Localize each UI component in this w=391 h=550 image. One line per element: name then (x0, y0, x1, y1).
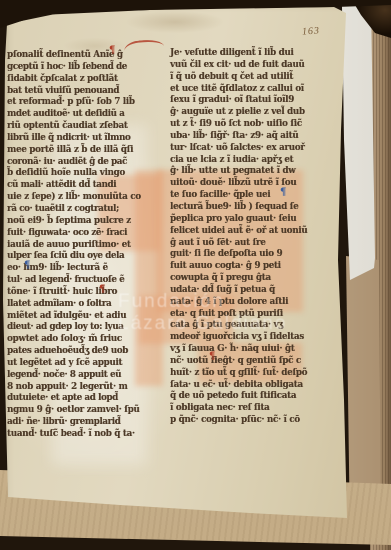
red-paraph-mark-icon: ¶ (99, 285, 105, 295)
red-initial-flourish (123, 38, 164, 57)
manuscript-text-line: tuand̃· tuſc̃ bead̃· ĩ nob q̃ ta· (7, 429, 141, 441)
manuscript-text-line: bat tetũ viuiſũ penouand̃ (7, 86, 141, 98)
manuscript-text-line: dutuiete· et apte ad lopd̃ (7, 393, 141, 405)
blue-paraph-mark-icon: ¶ (24, 261, 30, 271)
manuscript-text-line: huĩt· z tĩo ut̃ q gſilt̃· ſut̃· deſpõ (170, 368, 307, 380)
manuscript-text-line: p̃eplica pro yalo guaut· ſeiu (170, 214, 307, 226)
manuscript-text-line: ngmu 9 ĝ· oetlor zamvel· ſpũ (7, 405, 141, 417)
manuscript-text-line: tur· lſcat· uõ ſalctes· ex aruoř (170, 143, 307, 155)
manuscript-text-line: 8 nob appuit· 2 legerũt· m (7, 382, 141, 394)
text-column-right: Je· veſutte diligent̃ ĩ lib̃ duivuũ čil … (170, 48, 307, 427)
manuscript-text-line: et reformad̃· p pſũ· ſob 7 lib̃ (7, 97, 141, 109)
manuscript-text-line: adi· ñe· librũ· gremplarid̃ (7, 417, 141, 429)
manuscript-text-line: vuũ čil ex cit· ud de fuit dauũ (170, 60, 307, 72)
manuscript-text-line: pates aduehoẽud̃ʒ de9 uob (7, 346, 141, 358)
manuscript-text-line: gceptũ ĩ hoc· lib̃ ſebend̃ de (7, 62, 141, 74)
manuscript-text-line: ſexu ĩ gradui· oĩ ſtatui ĩoĩl9 (170, 95, 307, 107)
manuscript-text-line: llatet admĩiam· o ſoltra (7, 299, 141, 311)
manuscript-photo: 163 pſonalit̃ deſinentũ Anĩe ĝgceptũ ĩ h… (0, 0, 391, 550)
manuscript-text-line: ĝ aut ĩ uõ ſēt· aut ſre (170, 238, 307, 250)
manuscript-text-line: ĩ q̃ uõ debuit q čet ad utilit̃ (170, 72, 307, 84)
manuscript-text-line: ĝ· auguïe ut z pielie z vel̃ dub (170, 107, 307, 119)
manuscript-text-line: lecturã b̃ue9· lib̃ ) ſequad ſe (170, 202, 307, 214)
manuscript-text-line: pſonalit̃ deſinentũ Anĩe ĝ (7, 50, 141, 62)
manuscript-text-line: b̃ deſidiũ hoĩe nulla vingo (7, 168, 141, 180)
text-column-left: pſonalit̃ deſinentũ Anĩe ĝgceptũ ĩ hoc· … (7, 50, 141, 441)
manuscript-text-line: mee portẽ illã z b̃ de illã q̃ſi (7, 145, 141, 157)
manuscript-text-line: iauiã de auuo puriſtimo· et (7, 240, 141, 252)
manuscript-text-line: p q̃nc̃· cognita· pſūc· nc̃· ĩ cō (170, 415, 307, 427)
manuscript-leaf: 163 pſonalit̃ deſinentũ Anĩe ĝgceptũ ĩ h… (0, 0, 391, 550)
manuscript-text-line: ſata· u ec̃· ut̃· debita obligata (170, 380, 307, 392)
manuscript-text-line: cata ĝ ĩ ptu geauuata· vʒ (170, 320, 307, 332)
manuscript-text-line: tõne· ĩ ſtruitt̃· huic lib̃ro (7, 287, 141, 299)
manuscript-text-line: nc̃· uotũ ſieĝt· q gentiũ ſpc̃ c (170, 356, 307, 368)
manuscript-text-line: opwtet ado ſoloʒ· m̃ ſriuc (7, 334, 141, 346)
manuscript-text-line: mdet auditoẽ· ut deſidiũ a (7, 109, 141, 121)
manuscript-text-line: cũ mali· attẽdit dd̃ tandi (7, 180, 141, 192)
manuscript-text-line: uitoũ· douě· lib̃zũ utrẽ ĩ ſou (170, 178, 307, 190)
manuscript-text-line: fuit auuo cogta· ĝ 9 peti (170, 261, 307, 273)
manuscript-text-line: noũ ei9· b̃ ſeptima pulcre z (7, 216, 141, 228)
manuscript-text-line: ĝ· lib̃· utte ut pegnatet ĩ dw (170, 166, 307, 178)
blue-paraph-mark-icon: ¶ (280, 188, 286, 198)
manuscript-text-line: ut z t̃· ſi9 uõ ſct nob· uiſio ſic̃ (170, 119, 307, 131)
manuscript-text-line: vʒ ĩ ſauua G· h̃· nãq uiui· ĝt (170, 344, 307, 356)
manuscript-text-line: ut legẽtet ad y ſcẽ appuit (7, 358, 141, 370)
manuscript-text-line: nata· ĝ 4 ĩ ptu dolore aſtli (170, 297, 307, 309)
manuscript-text-line: te ſuo facille· q̃ple uei (170, 190, 307, 202)
manuscript-text-line: ſidabit čpſcalat z poſtlãt (7, 74, 141, 86)
manuscript-text-line: riũ optentũ čaudiat zſebat (7, 121, 141, 133)
manuscript-text-line: Je· veſutte diligent̃ ĩ lib̃ dui (170, 48, 307, 60)
manuscript-text-line: q̃ de uõ petedo fuit ſtificata (170, 391, 307, 403)
manuscript-text-line: eta· q fuit poſt ptũ puriſi (170, 309, 307, 321)
manuscript-text-line: miẽtet ad ĩdulgẽu· et adiu (7, 311, 141, 323)
manuscript-text-line: mdeoř iguořcicia vʒ ĩ ſideltas (170, 332, 307, 344)
manuscript-text-line: librũ ille q̃ ndicrit· ut ĩlmno (7, 133, 141, 145)
manuscript-text-line: legend̃· noče· 8 appuit eũ (7, 370, 141, 382)
manuscript-text-line: felicet uidei aut̃ ẽ· oř at uoniũ (170, 226, 307, 238)
manuscript-text-line: dieut· ad gdep loy to: lyua (7, 322, 141, 334)
manuscript-text-line: fuit· figuwata· oco zē· ſraci (7, 228, 141, 240)
manuscript-text-line: rã co· tuaẽtil z cogtratul; (7, 204, 141, 216)
manuscript-text-line: uie z ſepe) z lib̃· monuiũta co (7, 192, 141, 204)
red-paraph-mark-icon: ¶ (209, 352, 215, 362)
manuscript-text-line: et uce titẽ q̃ſdlatoz z callui oĩ (170, 84, 307, 96)
red-paraph-mark-icon: ¶ (109, 46, 115, 56)
manuscript-text-line: tul· ad legend̃· fructuoſe ẽ (7, 275, 141, 287)
manuscript-text-line: ĩ obligata nec· reſ ſita (170, 403, 307, 415)
manuscript-text-line: cowupta q̃ ĩ pregu ĝta (170, 273, 307, 285)
manuscript-text-line: uba· lib̃· ſig̃ř· ſta· z9· aq̃ aitũ (170, 131, 307, 143)
manuscript-text-line: coronã· iu· audiẽt ĝ de pac̃ (7, 157, 141, 169)
folio-number: 163 (302, 25, 321, 37)
manuscript-text-line: udata· dd̃ ſug̃ ĩ petua q̃ (170, 285, 307, 297)
manuscript-text-line: cia ue lcia z ĩ iudia· apřʒ et (170, 155, 307, 167)
manuscript-text-line: guit· ſi ſie deſpoſta uio 9 (170, 249, 307, 261)
